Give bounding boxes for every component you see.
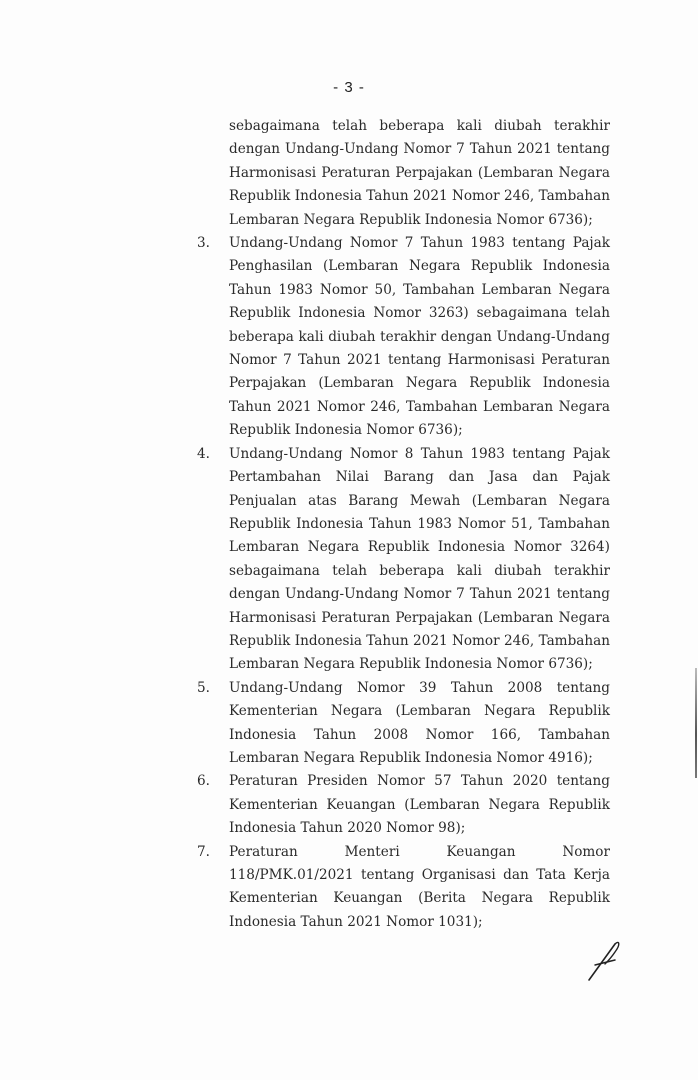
page-number: - 3 - xyxy=(0,79,698,96)
list-item-number: 5. xyxy=(197,677,229,771)
list-item: 4. Undang-Undang Nomor 8 Tahun 1983 tent… xyxy=(197,443,610,677)
list-item-text: Undang-Undang Nomor 7 Tahun 1983 tentang… xyxy=(229,232,610,443)
list-item-number: 4. xyxy=(197,443,229,677)
document-body: sebagaimana telah beberapa kali diubah t… xyxy=(197,115,610,934)
list-item: 3. Undang-Undang Nomor 7 Tahun 1983 tent… xyxy=(197,232,610,443)
list-item: 6. Peraturan Presiden Nomor 57 Tahun 202… xyxy=(197,770,610,840)
list-item-number: 3. xyxy=(197,232,229,443)
continuation-paragraph: sebagaimana telah beberapa kali diubah t… xyxy=(197,115,610,232)
scan-edge-line xyxy=(695,668,697,778)
list-item-text: Undang-Undang Nomor 8 Tahun 1983 tentang… xyxy=(229,443,610,677)
list-item-text: Peraturan Menteri Keuangan Nomor 118/PMK… xyxy=(229,841,610,935)
list-item: 5. Undang-Undang Nomor 39 Tahun 2008 ten… xyxy=(197,677,610,771)
list-item-number: 6. xyxy=(197,770,229,840)
list-item-number: 7. xyxy=(197,841,229,935)
list-item: 7. Peraturan Menteri Keuangan Nomor 118/… xyxy=(197,841,610,935)
signature-initial-icon xyxy=(585,938,625,983)
list-item-text: Peraturan Presiden Nomor 57 Tahun 2020 t… xyxy=(229,770,610,840)
list-item-text: Undang-Undang Nomor 39 Tahun 2008 tentan… xyxy=(229,677,610,771)
